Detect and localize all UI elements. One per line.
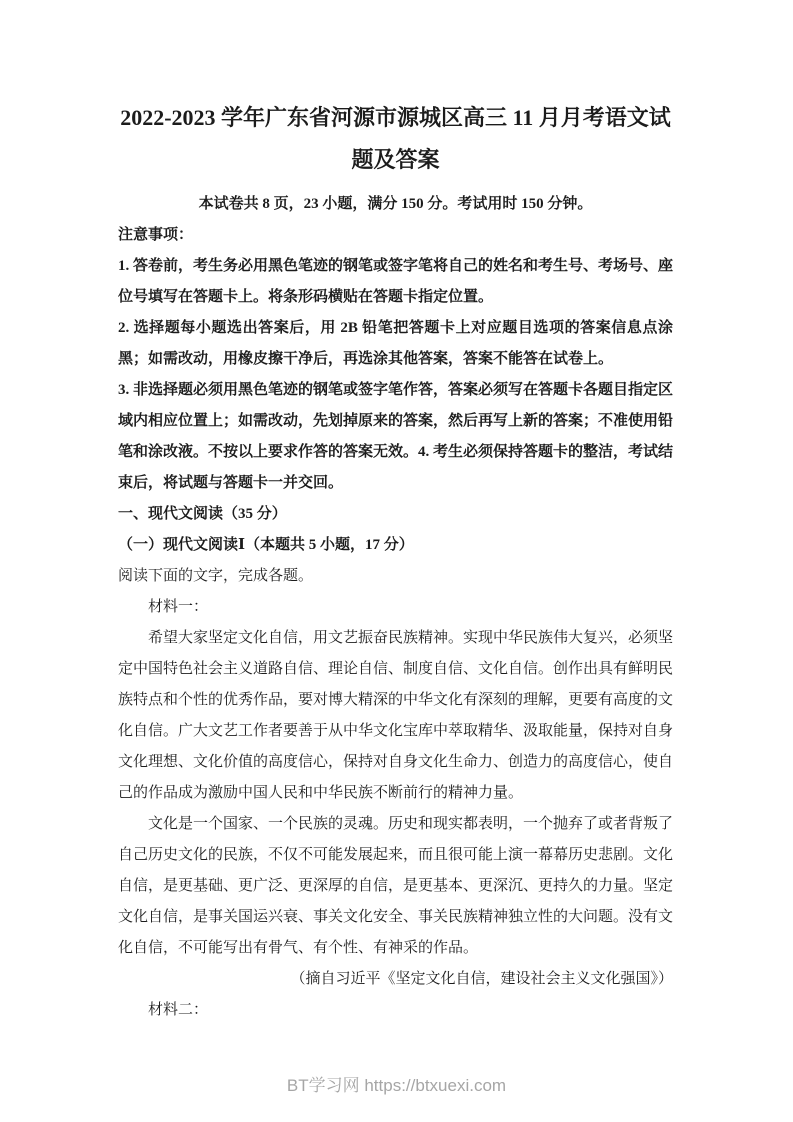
section-heading-part1-sub: （一）现代文阅读Ⅰ（本题共 5 小题，17 分） bbox=[118, 530, 673, 561]
exam-subtitle: 本试卷共 8 页，23 小题，满分 150 分。考试用时 150 分钟。 bbox=[118, 189, 673, 220]
notice-item-2: 2. 选择题每小题选出答案后，用 2B 铅笔把答题卡上对应题目选项的答案信息点涂… bbox=[118, 313, 673, 375]
notice-item-1: 1. 答卷前，考生务必用黑色笔迹的钢笔或签字笔将自己的姓名和考生号、考场号、座位… bbox=[118, 251, 673, 313]
document-page: 2022-2023 学年广东省河源市源城区高三 11 月月考语文试题及答案 本试… bbox=[0, 0, 793, 1122]
material-2-label: 材料二： bbox=[118, 995, 673, 1026]
reading-instruction: 阅读下面的文字，完成各题。 bbox=[118, 561, 673, 592]
material-1-label: 材料一： bbox=[118, 592, 673, 623]
notice-item-3: 3. 非选择题必须用黑色笔迹的钢笔或签字笔作答，答案必须写在答题卡各题目指定区域… bbox=[118, 375, 673, 499]
notice-heading: 注意事项： bbox=[118, 220, 673, 251]
watermark-footer: BT学习网 https://btxuexi.com bbox=[0, 1076, 793, 1096]
material-1-paragraph-1: 希望大家坚定文化自信，用文艺振奋民族精神。实现中华民族伟大复兴，必须坚定中国特色… bbox=[118, 623, 673, 809]
section-heading-part1: 一、现代文阅读（35 分） bbox=[118, 499, 673, 530]
attribution: （摘自习近平《坚定文化自信，建设社会主义文化强国》） bbox=[118, 964, 673, 995]
document-content: 2022-2023 学年广东省河源市源城区高三 11 月月考语文试题及答案 本试… bbox=[0, 0, 793, 1026]
material-1-paragraph-2: 文化是一个国家、一个民族的灵魂。历史和现实都表明，一个抛弃了或者背叛了自己历史文… bbox=[118, 809, 673, 964]
page-title: 2022-2023 学年广东省河源市源城区高三 11 月月考语文试题及答案 bbox=[118, 97, 673, 181]
